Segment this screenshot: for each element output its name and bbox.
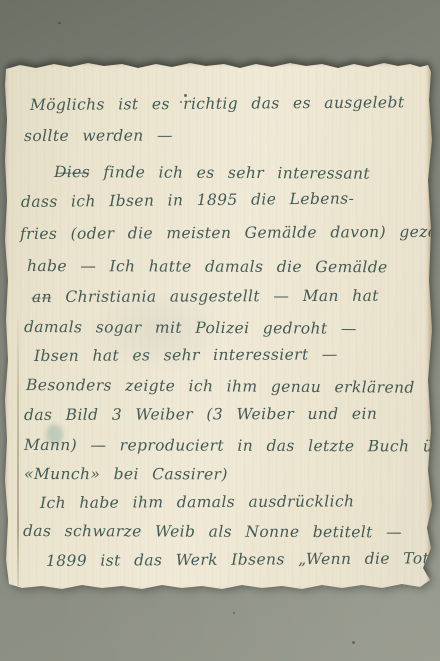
handwriting-line: das Bild 3 Weiber (3 Weiber und ein [24,405,377,424]
backdrop-speck [58,22,61,24]
backdrop-speck [352,641,355,644]
handwriting-line: Besonders zeigte ich ihm genau erklärend [26,376,415,397]
handwriting-line: das schwarze Weib als Nonne betitelt — [23,522,402,541]
handwriting-line: habe — Ich hatte damals die Gemälde [27,257,388,276]
manuscript-page: Möglichs ist es richtig das es ausgelebt… [4,60,432,592]
handwriting-line: 1899 ist das Werk Ibsens „Wenn die Toten [46,549,440,570]
handwriting-line: sollte werden — [24,126,173,145]
handwriting-line: «Munch» bei Cassirer) [24,465,228,483]
handwriting-line: Ibsen hat es sehr interessiert — [34,345,338,365]
handwriting-line: damals sogar mit Polizei gedroht — [24,318,357,338]
backdrop-speck [233,612,235,614]
handwriting-line: D̶i̶e̶s̶ finde ich es sehr interessant [54,163,370,183]
handwriting-text: Möglichs ist es richtig das es ausgelebt… [4,60,432,592]
handwriting-line: a̶n̶ Christiania ausgestellt — Man hat [32,287,379,306]
handwriting-line: Ich habe ihm damals ausdrücklich [40,492,355,512]
paper-sheet: Möglichs ist es richtig das es ausgelebt… [4,60,432,592]
photo-backdrop: Möglichs ist es richtig das es ausgelebt… [0,0,440,661]
handwriting-line: dass ich Ibsen in 1895 die Lebens- [21,190,354,211]
handwriting-line: Mann) — reproduciert in das letzte Buch … [24,436,440,456]
handwriting-line: fries (oder die meisten Gemälde davon) g… [20,223,440,243]
handwriting-line: Möglichs ist es richtig das es ausgelebt [30,93,405,114]
